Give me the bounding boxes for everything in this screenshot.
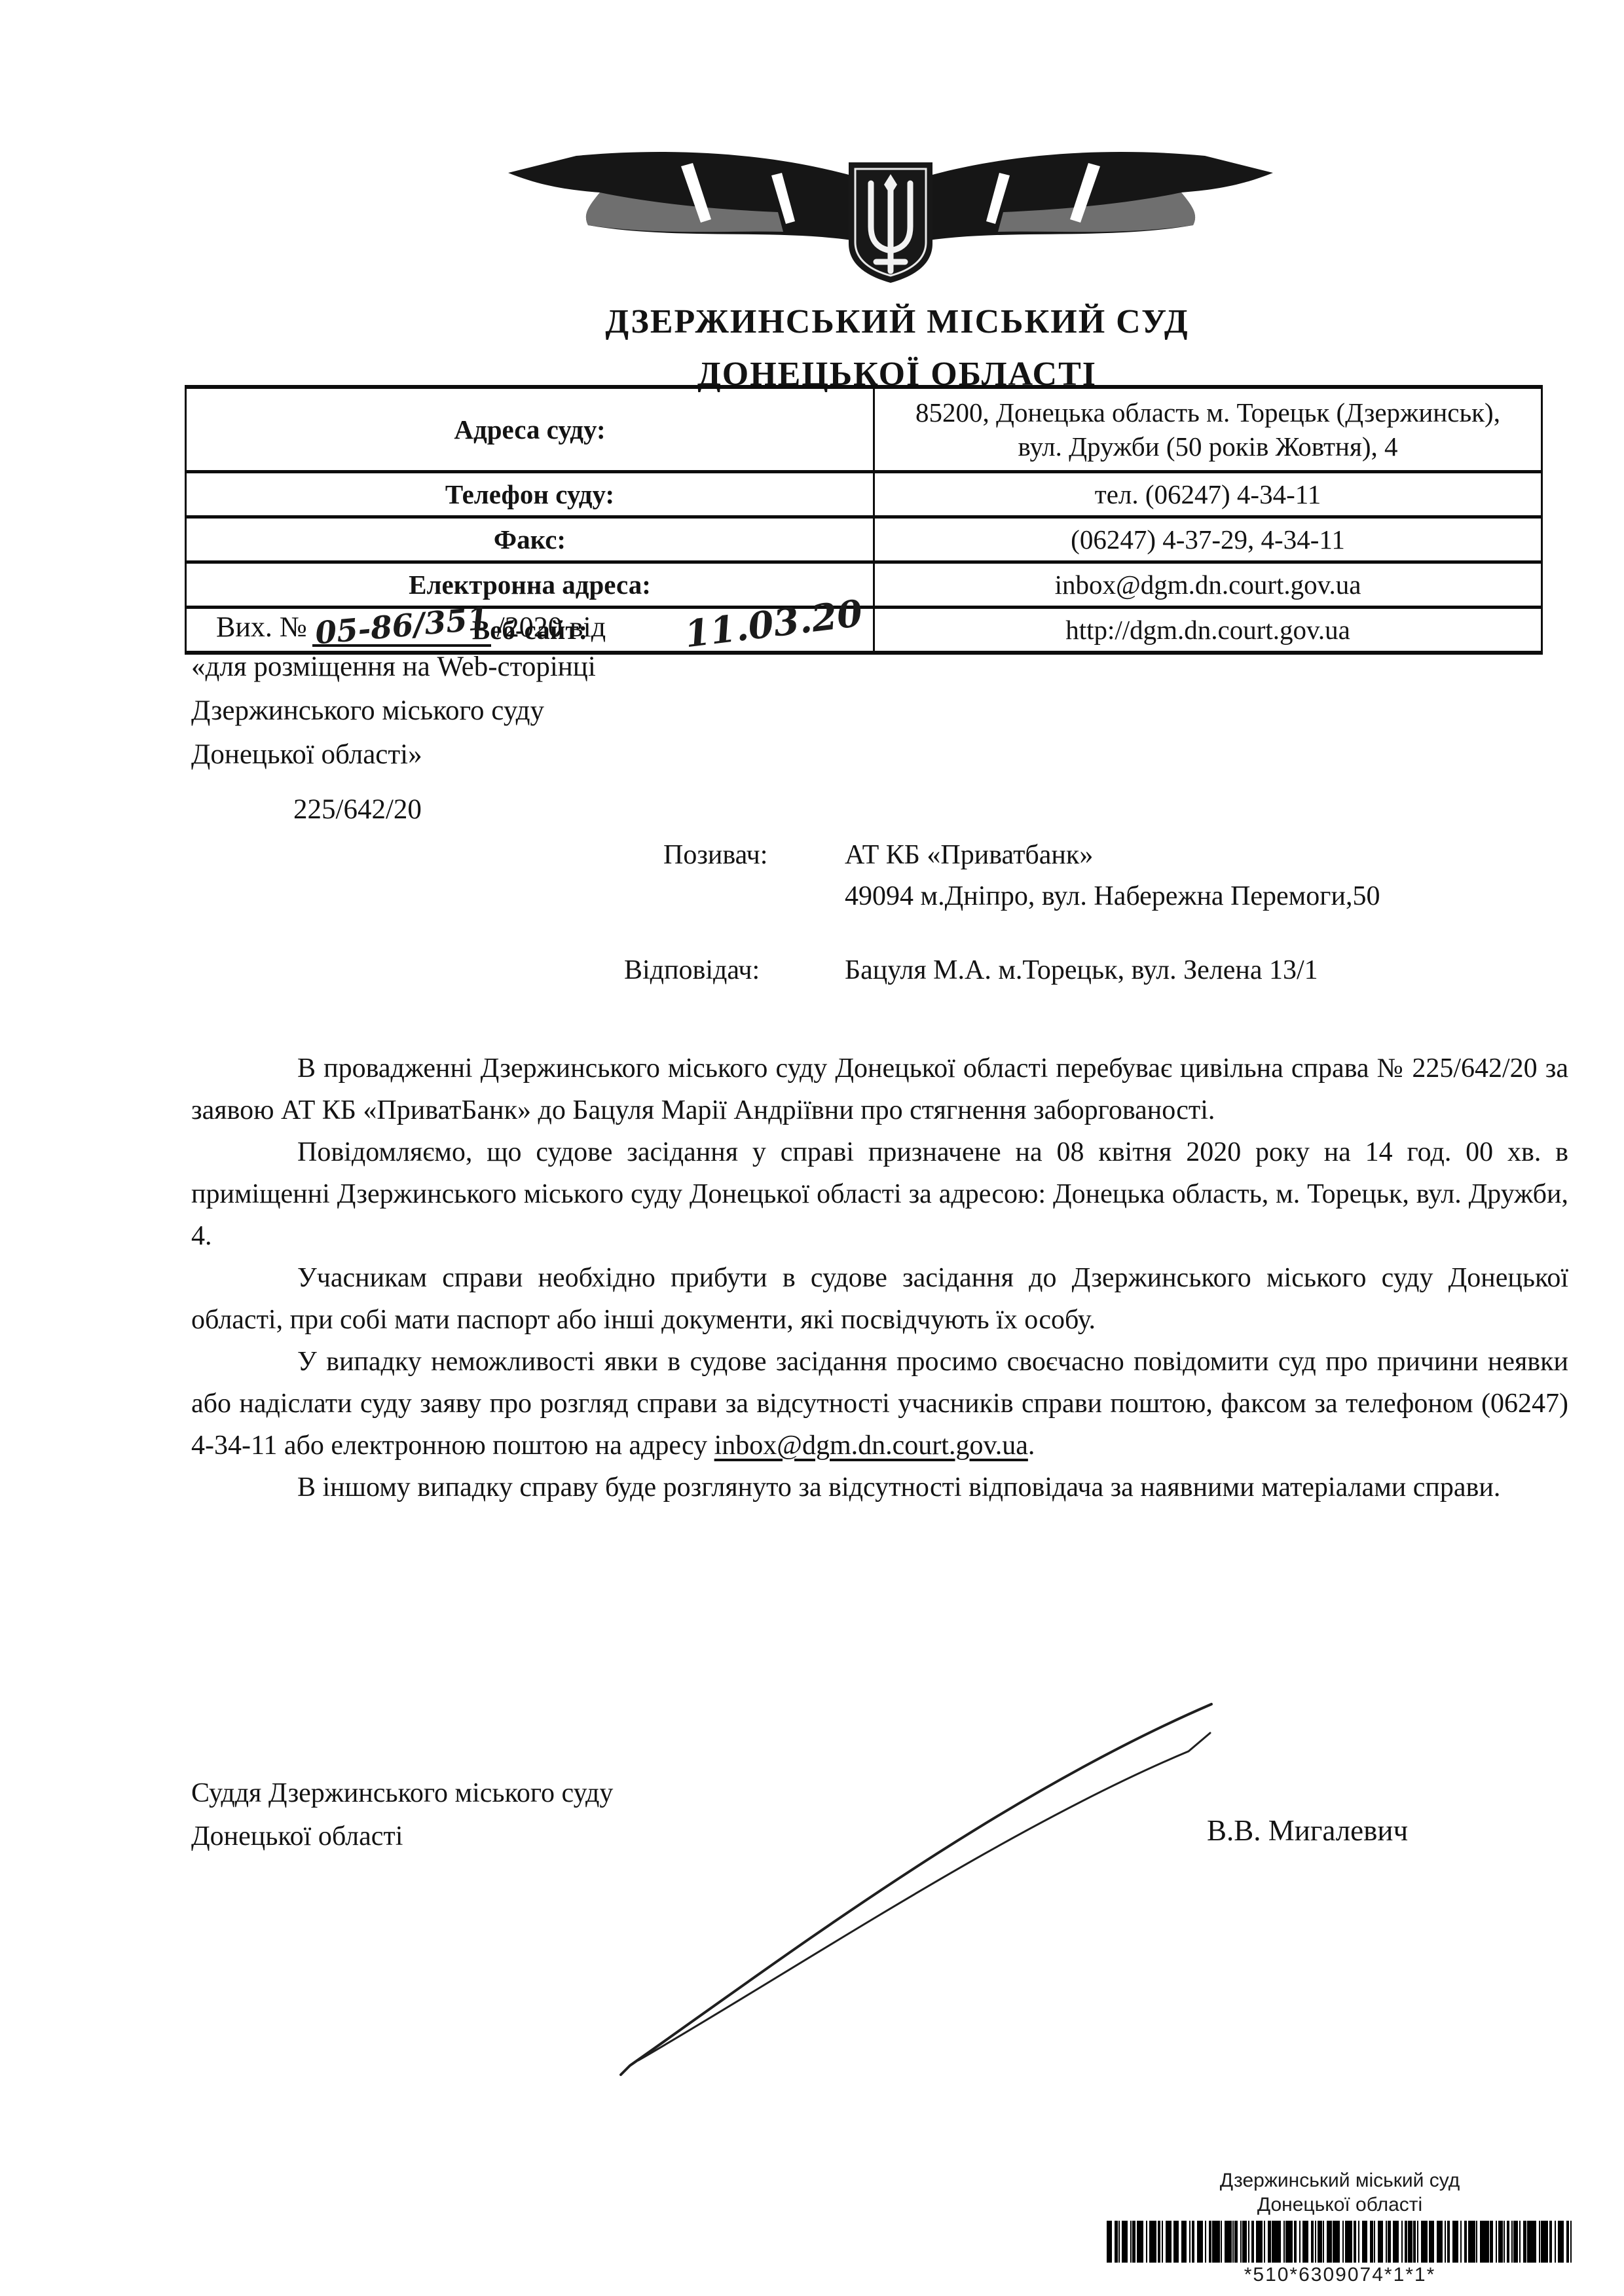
trident-shield (849, 162, 932, 283)
signer-title: Суддя Дзержинського міського суду Донець… (191, 1772, 613, 1858)
table-row-phone: Телефон суду: тел. (06247) 4-34-11 (187, 473, 1541, 519)
plaintiff-name: АТ КБ «Приватбанк» (845, 839, 1093, 871)
phone-value: тел. (06247) 4-34-11 (875, 473, 1541, 515)
court-email-text: inbox@dgm.dn.court.gov.ua (714, 1430, 1028, 1461)
web-placement-note: «для розміщення на Web-сторінці Дзержинс… (191, 645, 596, 776)
case-number: 225/642/20 (293, 793, 422, 826)
barcode-image (1107, 2221, 1573, 2263)
web-note-line3: Донецької області» (191, 733, 596, 776)
barcode-block: Дзержинський міський суд Донецької облас… (1107, 2168, 1573, 2286)
signer-name: В.В. Мигалевич (1207, 1813, 1408, 1848)
handwritten-outgoing-number: 05-86/351 (314, 601, 490, 652)
web-note-line2: Дзержинського міського суду (191, 689, 596, 733)
body-paragraph-5: В іншому випадку справу буде розглянуто … (191, 1467, 1568, 1508)
fax-label: Факс: (187, 519, 875, 560)
phone-label: Телефон суду: (187, 473, 875, 515)
body-paragraph-4: У випадку неможливості явки в судове зас… (191, 1341, 1568, 1467)
outgoing-prefix: Вих. № (216, 610, 307, 644)
signer-title-line1: Суддя Дзержинського міського суду (191, 1772, 613, 1815)
plaintiff-label: Позивач: (663, 839, 767, 871)
paragraph4-period: . (1028, 1430, 1035, 1461)
barcode-label-line1: Дзержинський міський суд (1107, 2168, 1573, 2193)
plaintiff-address: 49094 м.Дніпро, вул. Набережна Перемоги,… (845, 881, 1380, 912)
email-label: Електронна адреса: (187, 564, 875, 606)
defendant-label: Відповідач: (624, 955, 760, 986)
handwritten-signature-stroke (589, 1686, 1251, 2079)
address-value-line1: 85200, Донецька область м. Торецьк (Дзер… (915, 397, 1500, 428)
signer-title-line2: Донецької області (191, 1815, 613, 1858)
outgoing-number-blank: 05-86/351 (312, 608, 492, 647)
website-value: http://dgm.dn.court.gov.ua (875, 609, 1541, 651)
address-label: Адреса суду: (187, 389, 875, 470)
coat-of-arms-emblem (485, 145, 1297, 286)
outgoing-reference-line: Вих. № 05-86/351 /2020 від 11.03.20 (216, 602, 863, 647)
ribbon-right-wing (896, 152, 1273, 246)
web-note-line1: «для розміщення на Web-сторінці (191, 645, 596, 689)
body-paragraph-3: Учасникам справи необхідно прибути в суд… (191, 1257, 1568, 1341)
scanned-court-letter-page: ДЗЕРЖИНСЬКИЙ МІСЬКИЙ СУД ДОНЕЦЬКОЇ ОБЛАС… (0, 0, 1624, 2296)
address-value-line2: вул. Дружби (50 років Жовтня), 4 (1018, 431, 1397, 462)
table-row-fax: Факс: (06247) 4-37-29, 4-34-11 (187, 519, 1541, 564)
address-value: 85200, Донецька область м. Торецьк (Дзер… (875, 389, 1541, 470)
table-row-address: Адреса суду: 85200, Донецька область м. … (187, 389, 1541, 473)
court-name-line1: ДЗЕРЖИНСЬКИЙ МІСЬКИЙ СУД (242, 296, 1552, 348)
body-paragraph-1: В провадженні Дзержинського міського суд… (191, 1048, 1568, 1131)
defendant-info: Бацуля М.А. м.Торецьк, вул. Зелена 13/1 (845, 955, 1318, 986)
fax-value: (06247) 4-37-29, 4-34-11 (875, 519, 1541, 560)
body-paragraph-2: Повідомляємо, що судове засідання у спра… (191, 1131, 1568, 1257)
ribbon-left-wing (508, 152, 885, 246)
outgoing-suffix: /2020 від (496, 610, 606, 644)
barcode-code-text: *510*6309074*1*1* (1107, 2264, 1573, 2286)
barcode-label-line2: Донецької області (1107, 2193, 1573, 2217)
email-value: inbox@dgm.dn.court.gov.ua (875, 564, 1541, 606)
letter-body: В провадженні Дзержинського міського суд… (191, 1048, 1568, 1508)
